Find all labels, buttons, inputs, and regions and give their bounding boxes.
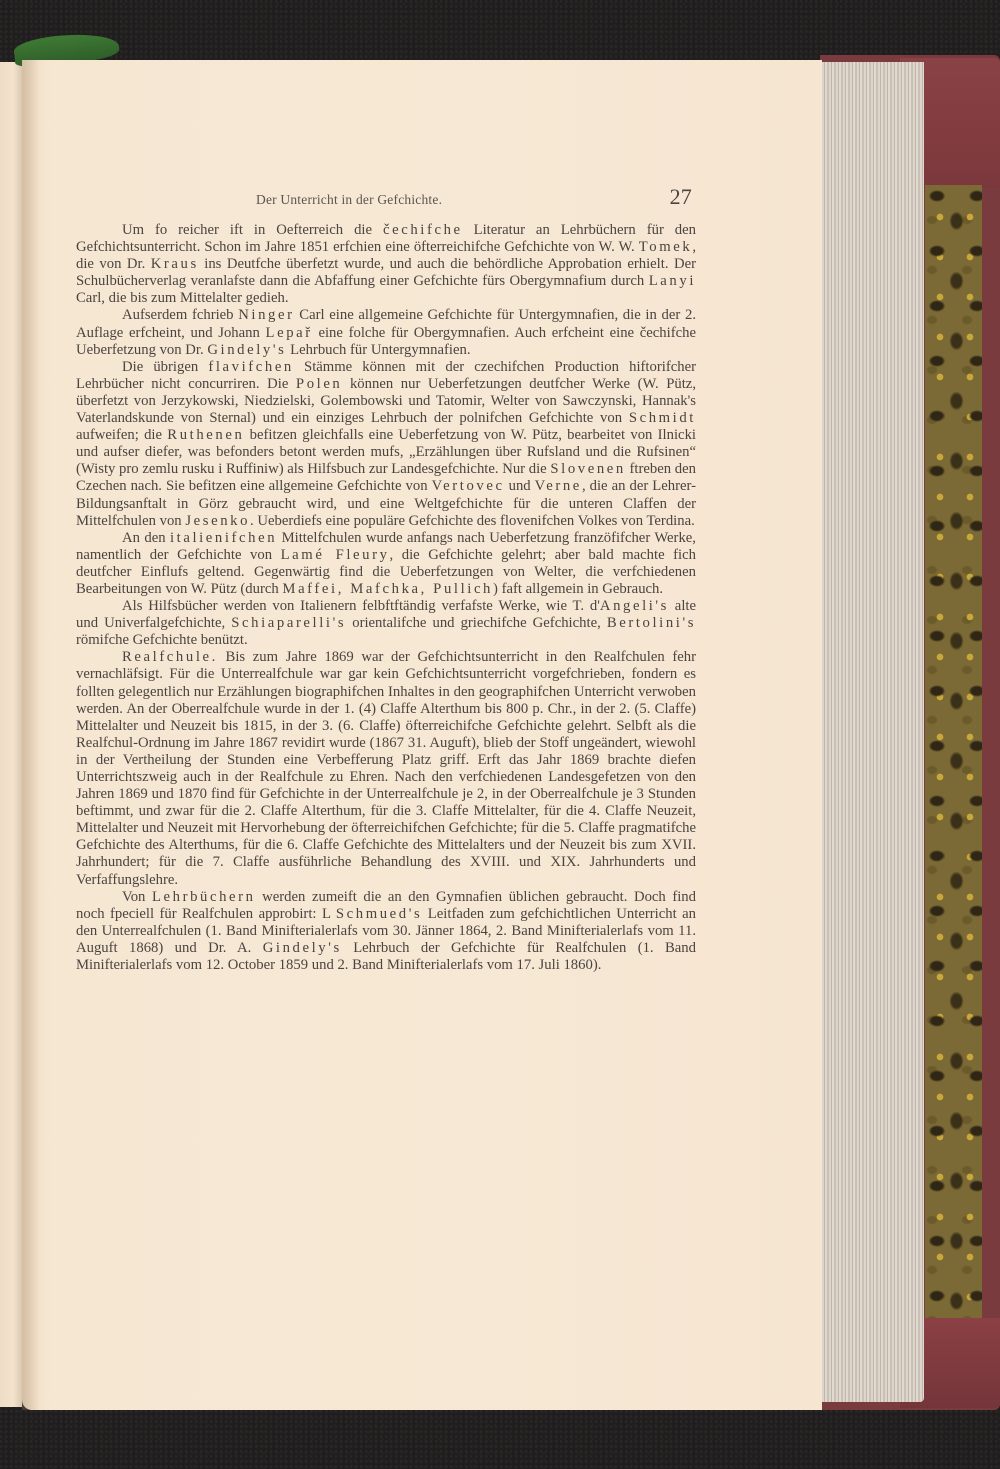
- gutter-shadow: [22, 60, 40, 1410]
- text-run: An den: [122, 530, 170, 546]
- spaced-emphasis: Bertolini's: [607, 615, 696, 631]
- spaced-emphasis: Maffei, Mafchka, Pullich: [282, 581, 493, 597]
- text-run: ) faft allgemein in Gebrauch.: [493, 581, 663, 597]
- marbled-board: [925, 185, 982, 1320]
- text-run: römifche Gefchichte benützt.: [76, 632, 248, 648]
- spaced-emphasis: Vertovec: [432, 478, 505, 494]
- text-run: aufweifen; die: [76, 427, 167, 443]
- spaced-emphasis: Schmidt: [629, 410, 696, 426]
- paragraph: Als Hilfsbücher werden von Italienern fe…: [76, 598, 696, 649]
- spaced-emphasis: čechifche: [383, 222, 463, 238]
- text-run: . Ueberdiefs eine populäre Gefchichte de…: [250, 513, 695, 529]
- spaced-emphasis: Gindely's: [263, 940, 342, 956]
- page-fore-edge: [820, 62, 924, 1402]
- spaced-emphasis: Lanyi: [649, 273, 696, 289]
- running-head-title: Der Unterricht in der Gefchichte.: [256, 192, 442, 208]
- text-run: Als Hilfsbücher werden von Italienern fe…: [122, 598, 600, 614]
- spaced-emphasis: Schmued's: [336, 906, 422, 922]
- spaced-emphasis: Kraus: [151, 256, 199, 272]
- spaced-emphasis: Schiaparelli's: [231, 615, 346, 631]
- text-run: Carl, die bis zum Mittelalter gedieh.: [76, 290, 289, 306]
- running-head: Der Unterricht in der Gefchichte. 27: [256, 190, 706, 214]
- spaced-emphasis: Gindely's: [207, 342, 286, 358]
- spaced-emphasis: Jesenko: [185, 513, 250, 529]
- spaced-emphasis: Tomek: [639, 239, 693, 255]
- spaced-emphasis: Lehrbüchern: [152, 889, 256, 905]
- paragraph: Aufserdem fchrieb Ninger Carl eine allge…: [76, 307, 696, 358]
- left-page-edge: [0, 62, 22, 1407]
- spaced-emphasis: Angeli's: [600, 598, 669, 614]
- paragraph: Um fo reicher ift in Oefterreich die čec…: [76, 222, 696, 307]
- spaced-emphasis: Ruthenen: [167, 427, 244, 443]
- paragraph: Die übrigen flavifchen Stämme können mit…: [76, 359, 696, 530]
- spaced-emphasis: Lepař: [266, 325, 313, 341]
- spaced-emphasis: Ninger: [238, 307, 294, 323]
- text-run: Von: [122, 889, 152, 905]
- spaced-emphasis: Realfchule.: [122, 649, 218, 665]
- paragraph: An den italienifchen Mittelfchulen wurde…: [76, 530, 696, 598]
- body-text: Um fo reicher ift in Oefterreich die čec…: [76, 222, 696, 974]
- text-run: orientalifche und griechifche Gefchichte…: [346, 615, 607, 631]
- spaced-emphasis: Lamé Fleury: [281, 547, 390, 563]
- paragraph: Realfchule. Bis zum Jahre 1869 war der G…: [76, 649, 696, 888]
- text-run: Die übrigen: [122, 359, 208, 375]
- spaced-emphasis: italienifchen: [170, 530, 277, 546]
- text-run: Bis zum Jahre 1869 war der Gefchichtsunt…: [76, 649, 696, 887]
- text-run: Aufserdem fchrieb: [122, 307, 238, 323]
- spaced-emphasis: Verne: [535, 478, 582, 494]
- spaced-emphasis: Polen: [296, 376, 342, 392]
- text-run: und: [505, 478, 535, 494]
- paragraph: Von Lehrbüchern werden zumeift die an de…: [76, 889, 696, 974]
- text-run: Um fo reicher ift in Oefterreich die: [122, 222, 383, 238]
- spaced-emphasis: Slovenen: [550, 461, 625, 477]
- spaced-emphasis: flavifchen: [208, 359, 294, 375]
- text-run: Lehrbuch für Untergymnafien.: [286, 342, 470, 358]
- page-number: 27: [670, 184, 692, 210]
